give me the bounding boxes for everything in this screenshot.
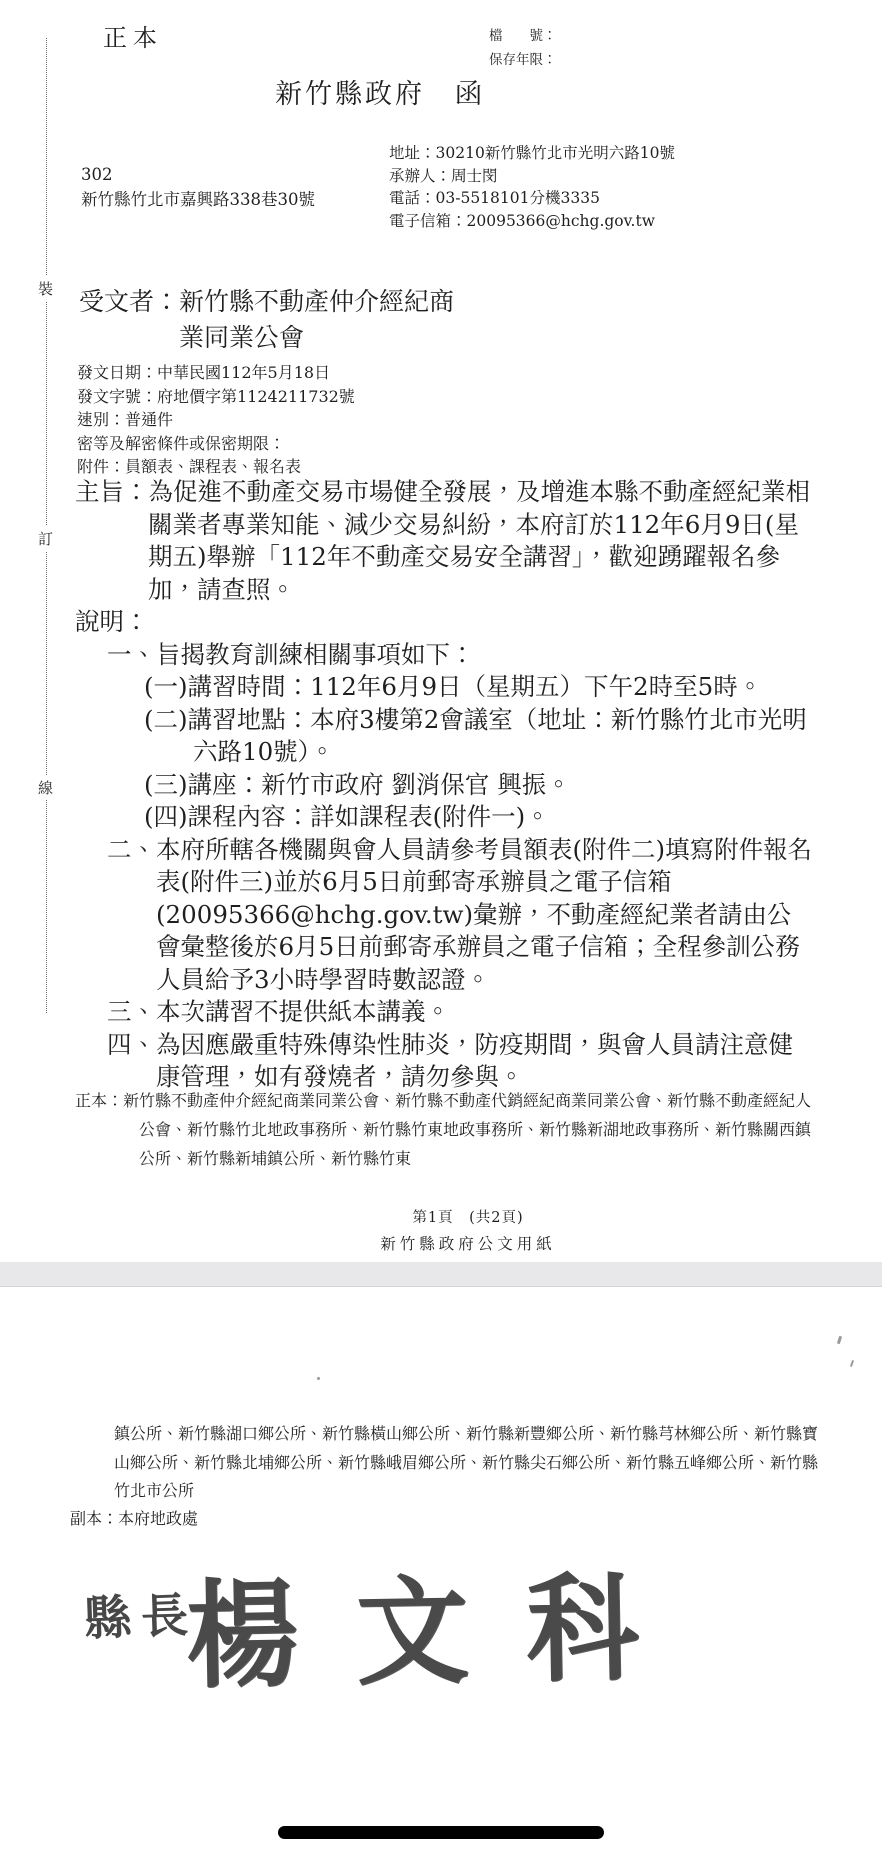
description-label: 說明： (75, 606, 815, 639)
description-item: (四)課程內容：詳如課程表(附件一)。 (75, 801, 815, 834)
item-text: 講習時間：112年6月9日（星期五）下午2時至5時。 (188, 672, 763, 701)
meta-line: 發文字號：府地價字第1124211732號 (77, 385, 355, 409)
item-number: (一) (144, 672, 188, 701)
item-number: (四) (144, 802, 188, 831)
item-text: 旨揭教育訓練相關事項如下： (156, 640, 475, 669)
copy-type-label: 正本 (103, 18, 163, 53)
file-number-label: 檔 號： (489, 24, 557, 48)
item-text: 講座：新竹市政府 劉消保官 興振。 (188, 770, 571, 799)
scan-artifact (317, 1377, 320, 1380)
recipient-line-1: 受文者：新竹縣不動產仲介經紀商 (79, 284, 454, 320)
document-body: 主旨：為促進不動產交易市場健全發展，及增進本縣不動產經紀業相關業者專業知能、減少… (75, 476, 815, 1094)
file-number-block: 檔 號： 保存年限： (489, 24, 557, 72)
description-item: 一、旨揭教育訓練相關事項如下： (75, 639, 815, 672)
magistrate-signature: 楊文科 (185, 1534, 698, 1710)
description-item: 四、為因應嚴重特殊傳染性肺炎，防疫期間，與會人員請注意健康管理，如有發燒者，請勿… (75, 1029, 815, 1094)
subject-text: 為促進不動產交易市場健全發展，及增進本縣不動產經紀業相關業者專業知能、減少交易糾… (148, 477, 810, 604)
item-text: 本次講習不提供紙本講義。 (156, 997, 450, 1026)
item-number: 三、 (107, 997, 156, 1026)
description-item: (一)講習時間：112年6月9日（星期五）下午2時至5時。 (75, 671, 815, 704)
sender-email: 電子信箱：20095366@hchg.gov.tw (389, 210, 675, 233)
binding-mark: 訂 (38, 526, 53, 551)
recipient-block: 受文者：新竹縣不動產仲介經紀商 業同業公會 (79, 284, 454, 356)
distribution-continued-text: 鎮公所、新竹縣湖口鄉公所、新竹縣橫山鄉公所、新竹縣新豐鄉公所、新竹縣芎林鄉公所、… (114, 1420, 820, 1506)
binding-mark: 線 (38, 775, 53, 800)
phone-screenshot: 裝 訂 線 正本 檔 號： 保存年限： 新竹縣政府 函 302 新竹縣竹北市嘉興… (0, 0, 882, 1856)
page-separator-band (0, 1262, 882, 1287)
page-indicator: 第1頁 (共2頁) (78, 1206, 858, 1227)
description-items: 一、旨揭教育訓練相關事項如下： (一)講習時間：112年6月9日（星期五）下午2… (75, 639, 815, 1094)
page-footer: 第1頁 (共2頁) 新竹縣政府公文用紙 (78, 1206, 858, 1254)
sender-contact-person: 承辦人：周士閔 (389, 165, 675, 188)
description-item: 二、本府所轄各機關與會人員請參考員額表(附件二)填寫附件報名表(附件三)並於6月… (75, 834, 815, 997)
scan-artifact (837, 1336, 842, 1345)
item-text: 本府所轄各機關與會人員請參考員額表(附件二)填寫附件報名表(附件三)並於6月5日… (156, 835, 812, 994)
distribution-text: 新竹縣不動產仲介經紀商業同業公會、新竹縣不動產代銷經紀商業同業公會、新竹縣不動產… (123, 1091, 811, 1168)
distribution-label: 正本： (75, 1091, 123, 1110)
distribution-paragraph: 正本：新竹縣不動產仲介經紀商業同業公會、新竹縣不動產代銷經紀商業同業公會、新竹縣… (75, 1086, 823, 1173)
item-number: 一、 (107, 640, 156, 669)
mailing-address: 新竹縣竹北市嘉興路338巷30號 (81, 187, 315, 212)
sender-phone: 電話：03-5518101分機3335 (389, 187, 675, 210)
mailing-address-block: 302 新竹縣竹北市嘉興路338巷30號 (81, 162, 315, 212)
meta-line: 速別：普通件 (77, 408, 355, 432)
binding-mark: 裝 (38, 276, 53, 301)
document-title: 新竹縣政府 函 (0, 72, 760, 111)
signature-title: 縣長 (83, 1578, 199, 1649)
description-item: (二)講習地點：本府3樓第2會議室（地址：新竹縣竹北市光明六路10號）。 (75, 704, 815, 769)
meta-line: 附件：員額表、課程表、報名表 (77, 455, 355, 479)
mailing-zip: 302 (81, 162, 315, 187)
meta-line: 密等及解密條件或保密期限： (77, 432, 355, 456)
retention-label: 保存年限： (489, 48, 557, 72)
scan-artifact (850, 1360, 854, 1367)
item-number: 四、 (107, 1030, 156, 1059)
item-text: 為因應嚴重特殊傳染性肺炎，防疫期間，與會人員請注意健康管理，如有發燒者，請勿參與… (156, 1030, 793, 1092)
meta-line: 發文日期：中華民國112年5月18日 (77, 361, 355, 385)
sender-address: 地址：30210新竹縣竹北市光明六路10號 (389, 142, 675, 165)
cc-line: 副本：本府地政處 (70, 1506, 198, 1529)
distribution-block: 正本：新竹縣不動產仲介經紀商業同業公會、新竹縣不動產代銷經紀商業同業公會、新竹縣… (75, 1086, 823, 1173)
subject-label: 主旨： (75, 477, 149, 506)
item-number: (二) (144, 705, 188, 734)
document-meta-block: 發文日期：中華民國112年5月18日 發文字號：府地價字第1124211732號… (77, 361, 355, 479)
description-item: 三、本次講習不提供紙本講義。 (75, 996, 815, 1029)
description-item: (三)講座：新竹市政府 劉消保官 興振。 (75, 769, 815, 802)
recipient-name: 新竹縣不動產仲介經紀商 (179, 287, 454, 316)
item-text: 講習地點：本府3樓第2會議室（地址：新竹縣竹北市光明六路10號）。 (188, 705, 807, 767)
item-text: 課程內容：詳如課程表(附件一)。 (188, 802, 550, 831)
recipient-label: 受文者： (79, 287, 179, 316)
official-paper-name: 新竹縣政府公文用紙 (78, 1232, 858, 1254)
home-indicator[interactable] (278, 1826, 604, 1839)
recipient-line-2: 業同業公會 (179, 320, 454, 356)
subject-paragraph: 主旨：為促進不動產交易市場健全發展，及增進本縣不動產經紀業相關業者專業知能、減少… (75, 476, 815, 606)
item-number: (三) (144, 770, 188, 799)
item-number: 二、 (107, 835, 156, 864)
sender-info-block: 地址：30210新竹縣竹北市光明六路10號 承辦人：周士閔 電話：03-5518… (389, 142, 675, 232)
distribution-continued: 鎮公所、新竹縣湖口鄉公所、新竹縣橫山鄉公所、新竹縣新豐鄉公所、新竹縣芎林鄉公所、… (114, 1420, 820, 1506)
